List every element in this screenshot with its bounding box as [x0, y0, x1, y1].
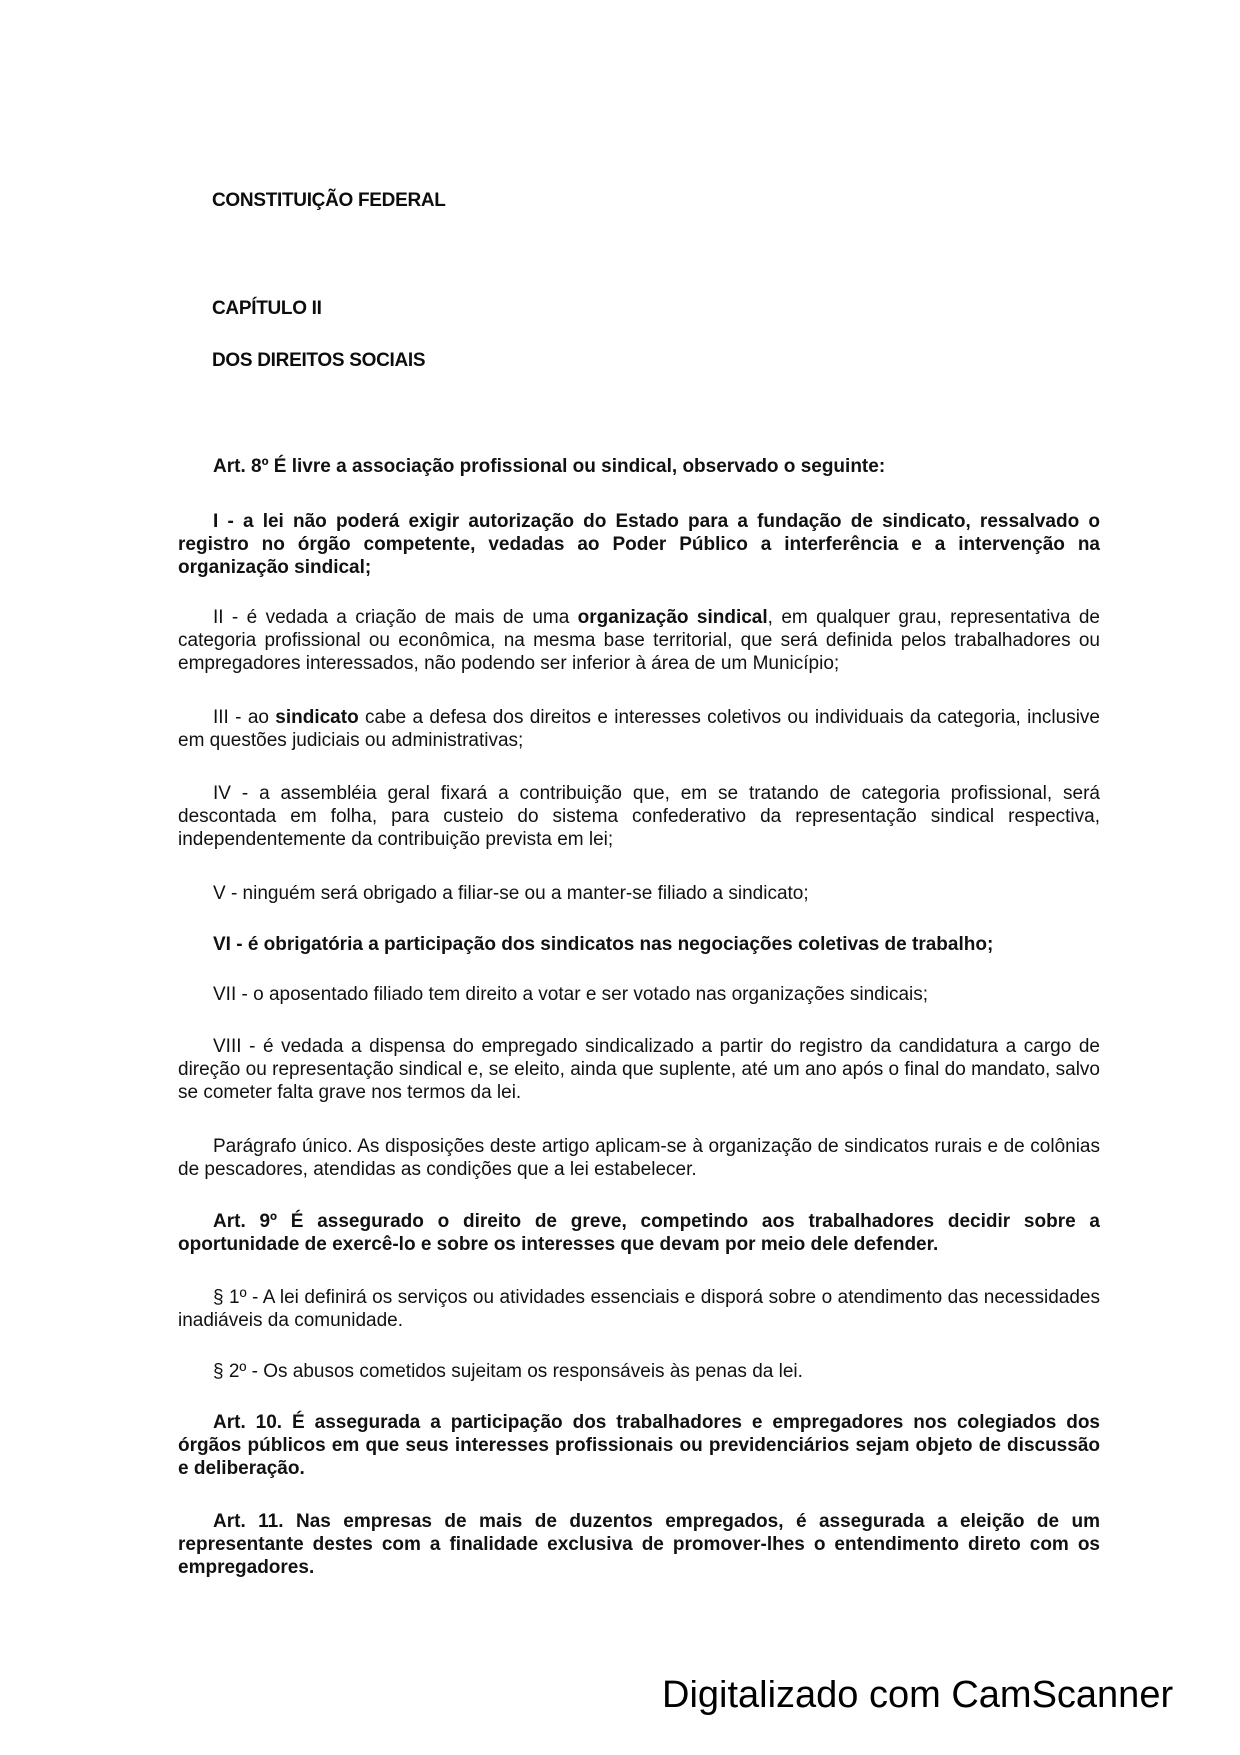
- art8-inciso-iii: III - ao sindicato cabe a defesa dos dir…: [178, 706, 1100, 752]
- art8-inciso-viii: VIII - é vedada a dispensa do empregado …: [178, 1035, 1100, 1104]
- inciso-iii-bold-term: sindicato: [275, 707, 358, 728]
- camscanner-watermark: Digitalizado com CamScanner: [662, 1680, 1173, 1724]
- art8-inciso-v: V - ninguém será obrigado a filiar-se ou…: [178, 882, 1100, 905]
- art9-caput: Art. 9º É assegurado o direito de greve,…: [178, 1210, 1100, 1256]
- scanned-page: CONSTITUIÇÃO FEDERAL CAPÍTULO II DOS DIR…: [0, 0, 1240, 1755]
- art10: Art. 10. É assegurada a participação dos…: [178, 1411, 1100, 1480]
- inciso-ii-bold-term: organização sindical: [578, 607, 768, 628]
- document-title: CONSTITUIÇÃO FEDERAL: [212, 190, 446, 212]
- art9-paragrafo-2: § 2º - Os abusos cometidos sujeitam os r…: [178, 1360, 1100, 1383]
- art8-inciso-i: I - a lei não poderá exigir autorização …: [178, 510, 1100, 579]
- art11: Art. 11. Nas empresas de mais de duzento…: [178, 1510, 1100, 1579]
- watermark-text: Digitalizado com CamScanner: [662, 1680, 1173, 1724]
- chapter-heading: CAPÍTULO II: [212, 298, 322, 320]
- art8-paragrafo-unico: Parágrafo único. As disposições deste ar…: [178, 1135, 1100, 1181]
- inciso-iii-text-start: III - ao: [213, 707, 275, 728]
- section-heading: DOS DIREITOS SOCIAIS: [212, 350, 425, 372]
- art9-paragrafo-1: § 1º - A lei definirá os serviços ou ati…: [178, 1286, 1100, 1332]
- art8-inciso-iv: IV - a assembléia geral fixará a contrib…: [178, 782, 1100, 851]
- art8-inciso-vi: VI - é obrigatória a participação dos si…: [178, 933, 1100, 956]
- art8-inciso-ii: II - é vedada a criação de mais de uma o…: [178, 606, 1100, 675]
- inciso-ii-text-start: II - é vedada a criação de mais de uma: [213, 607, 578, 628]
- art8-caput: Art. 8º É livre a associação profissiona…: [178, 455, 1100, 478]
- art8-inciso-vii: VII - o aposentado filiado tem direito a…: [178, 983, 1100, 1006]
